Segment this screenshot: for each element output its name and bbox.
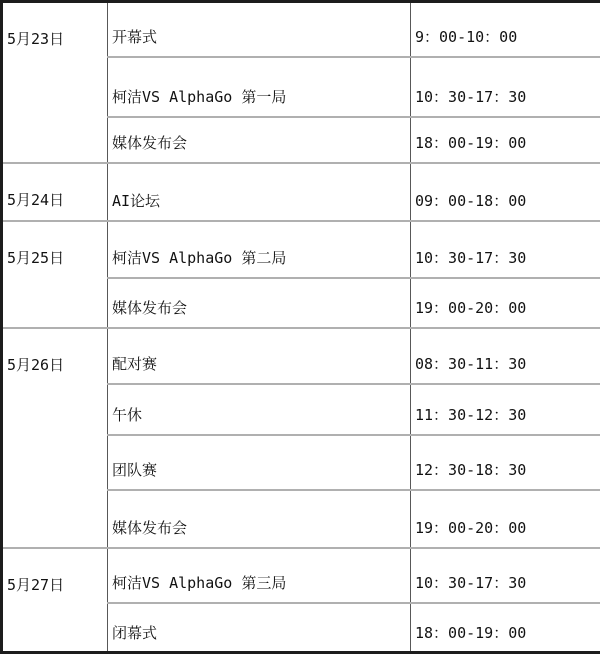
table-row: 5月23日 开幕式 9：00-10：00 <box>2 2 600 57</box>
time-cell: 18：00-19：00 <box>411 117 600 163</box>
table-row: 5月25日 柯洁VS AlphaGo 第二局 10：30-17：30 <box>2 221 600 278</box>
event-cell: 闭幕式 <box>108 603 411 653</box>
time-cell: 9：00-10：00 <box>411 2 600 57</box>
date-cell: 5月25日 <box>2 221 108 328</box>
time-cell: 08：30-11：30 <box>411 328 600 384</box>
table-row: 5月24日 AI论坛 09：00-18：00 <box>2 163 600 221</box>
time-cell: 10：30-17：30 <box>411 57 600 117</box>
event-cell: 配对赛 <box>108 328 411 384</box>
date-cell: 5月27日 <box>2 548 108 653</box>
event-cell: 媒体发布会 <box>108 278 411 328</box>
date-cell: 5月26日 <box>2 328 108 548</box>
event-cell: 午休 <box>108 384 411 435</box>
time-cell: 12：30-18：30 <box>411 435 600 490</box>
time-cell: 18：00-19：00 <box>411 603 600 653</box>
event-cell: 开幕式 <box>108 2 411 57</box>
time-cell: 10：30-17：30 <box>411 221 600 278</box>
time-cell: 10：30-17：30 <box>411 548 600 603</box>
time-cell: 09：00-18：00 <box>411 163 600 221</box>
event-cell: 柯洁VS AlphaGo 第三局 <box>108 548 411 603</box>
event-cell: 柯洁VS AlphaGo 第一局 <box>108 57 411 117</box>
event-cell: 柯洁VS AlphaGo 第二局 <box>108 221 411 278</box>
time-cell: 11：30-12：30 <box>411 384 600 435</box>
event-cell: 媒体发布会 <box>108 117 411 163</box>
time-cell: 19：00-20：00 <box>411 490 600 548</box>
table-row: 5月26日 配对赛 08：30-11：30 <box>2 328 600 384</box>
event-cell: AI论坛 <box>108 163 411 221</box>
time-cell: 19：00-20：00 <box>411 278 600 328</box>
table-row: 5月27日 柯洁VS AlphaGo 第三局 10：30-17：30 <box>2 548 600 603</box>
date-cell: 5月24日 <box>2 163 108 221</box>
date-cell: 5月23日 <box>2 2 108 163</box>
schedule-table-body: 5月23日 开幕式 9：00-10：00 柯洁VS AlphaGo 第一局 10… <box>2 2 600 653</box>
event-cell: 媒体发布会 <box>108 490 411 548</box>
event-cell: 团队赛 <box>108 435 411 490</box>
schedule-table: 5月23日 开幕式 9：00-10：00 柯洁VS AlphaGo 第一局 10… <box>0 0 600 654</box>
